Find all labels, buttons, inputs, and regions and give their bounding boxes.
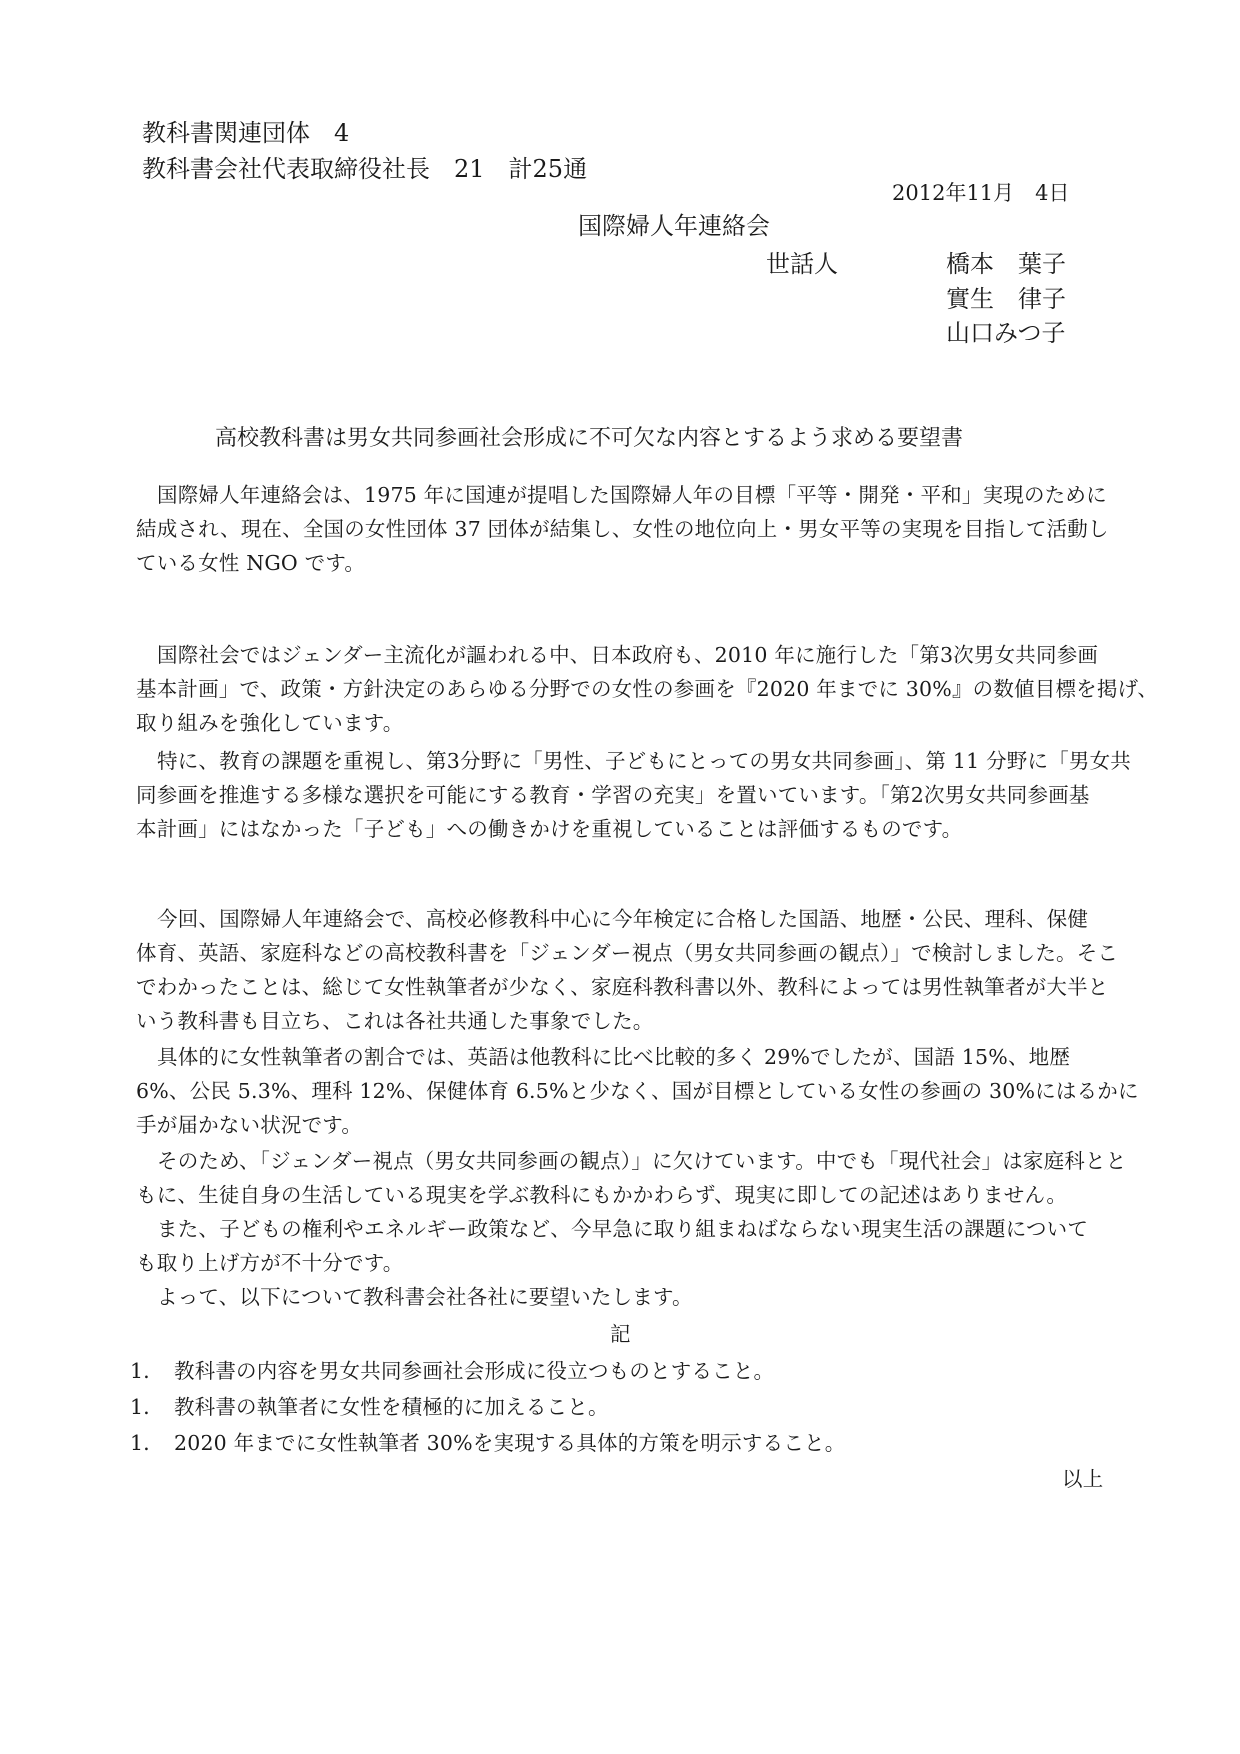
paragraph-line: 体育、英語、家庭科などの高校教科書を「ジェンダー視点（男女共同参画の観点）」で検… [136, 936, 1118, 966]
paragraph-line: 国際婦人年連絡会は、1975 年に国連が提唱した国際婦人年の目標「平等・開発・平… [157, 478, 1107, 508]
paragraph-line: 手が届かない状況です。 [136, 1108, 362, 1138]
recipient-line-2: 教科書会社代表取締役社長 21 計25通 [142, 149, 587, 184]
recipient-line-1: 教科書関連団体 4 [142, 113, 349, 148]
request-text: 教科書の執筆者に女性を積極的に加えること。 [174, 1395, 609, 1419]
request-number: 1． [130, 1359, 164, 1383]
request-text: 2020 年までに女性執筆者 30%を実現する具体的方策を明示すること。 [174, 1431, 845, 1455]
request-item: 1．教科書の内容を男女共同参画社会形成に役立つものとすること。 [130, 1354, 774, 1384]
paragraph-line: 基本計画」で、政策・方針決定のあらゆる分野での女性の参画を『2020 年までに … [136, 672, 1158, 702]
paragraph-line: 同参画を推進する多様な選択を可能にする教育・学習の充実」を置いています。「第2次… [136, 778, 1090, 808]
closing-mark: 以上 [1062, 1462, 1103, 1492]
paragraph-line: 具体的に女性執筆者の割合では、英語は他教科に比べ比較的多く 29%でしたが、国語… [157, 1040, 1070, 1070]
paragraph-line: また、子どもの権利やエネルギー政策など、今早急に取り組まねばならない現実生活の課… [157, 1212, 1088, 1242]
sender-name-1: 橋本 葉子 [946, 244, 1066, 279]
paragraph-line: 結成され、現在、全国の女性団体 37 団体が結集し、女性の地位向上・男女平等の実… [136, 512, 1109, 542]
document-date: 2012年11月 4日 [892, 177, 1070, 207]
sender-name-3: 山口みつ子 [946, 313, 1066, 348]
ki-heading: 記 [610, 1317, 631, 1347]
request-item: 1．2020 年までに女性執筆者 30%を実現する具体的方策を明示すること。 [130, 1426, 845, 1456]
sender-role-label: 世話人 [766, 244, 838, 279]
paragraph-line: でわかったことは、総じて女性執筆者が少なく、家庭科教科書以外、教科によっては男性… [136, 970, 1109, 1000]
paragraph-line: 取り組みを強化しています。 [136, 706, 403, 736]
document-title: 高校教科書は男女共同参画社会形成に不可欠な内容とするよう求める要望書 [215, 421, 963, 452]
paragraph-line: 今回、国際婦人年連絡会で、高校必修教科中心に今年検定に合格した国語、地歴・公民、… [157, 902, 1088, 932]
paragraph-line: よって、以下について教科書会社各社に要望いたします。 [157, 1280, 693, 1310]
paragraph-line: 国際社会ではジェンダー主流化が謳われる中、日本政府も、2010 年に施行した「第… [157, 638, 1098, 668]
request-number: 1． [130, 1431, 164, 1455]
request-number: 1． [130, 1395, 164, 1419]
paragraph-line: もに、生徒自身の生活している現実を学ぶ教科にもかかわらず、現実に即しての記述はあ… [136, 1178, 1067, 1208]
sender-organization: 国際婦人年連絡会 [578, 206, 770, 241]
paragraph-line: いう教科書も目立ち、これは各社共通した事象でした。 [136, 1004, 654, 1034]
paragraph-line: そのため、「ジェンダー視点（男女共同参画の観点）」に欠けています。中でも「現代社… [157, 1144, 1126, 1174]
request-text: 教科書の内容を男女共同参画社会形成に役立つものとすること。 [174, 1359, 774, 1383]
paragraph-line: 6%、公民 5.3%、理科 12%、保健体育 6.5%と少なく、国が目標としてい… [136, 1074, 1139, 1104]
paragraph-line: 特に、教育の課題を重視し、第3分野に「男性、子どもにとっての男女共同参画」、第 … [157, 744, 1131, 774]
request-item: 1．教科書の執筆者に女性を積極的に加えること。 [130, 1390, 609, 1420]
paragraph-line: ている女性 NGO です。 [136, 546, 365, 576]
sender-name-2: 實生 律子 [946, 279, 1066, 314]
paragraph-line: 本計画」にはなかった「子ども」への働きかけを重視していることは評価するものです。 [136, 812, 962, 842]
paragraph-line: も取り上げ方が不十分です。 [136, 1246, 403, 1276]
